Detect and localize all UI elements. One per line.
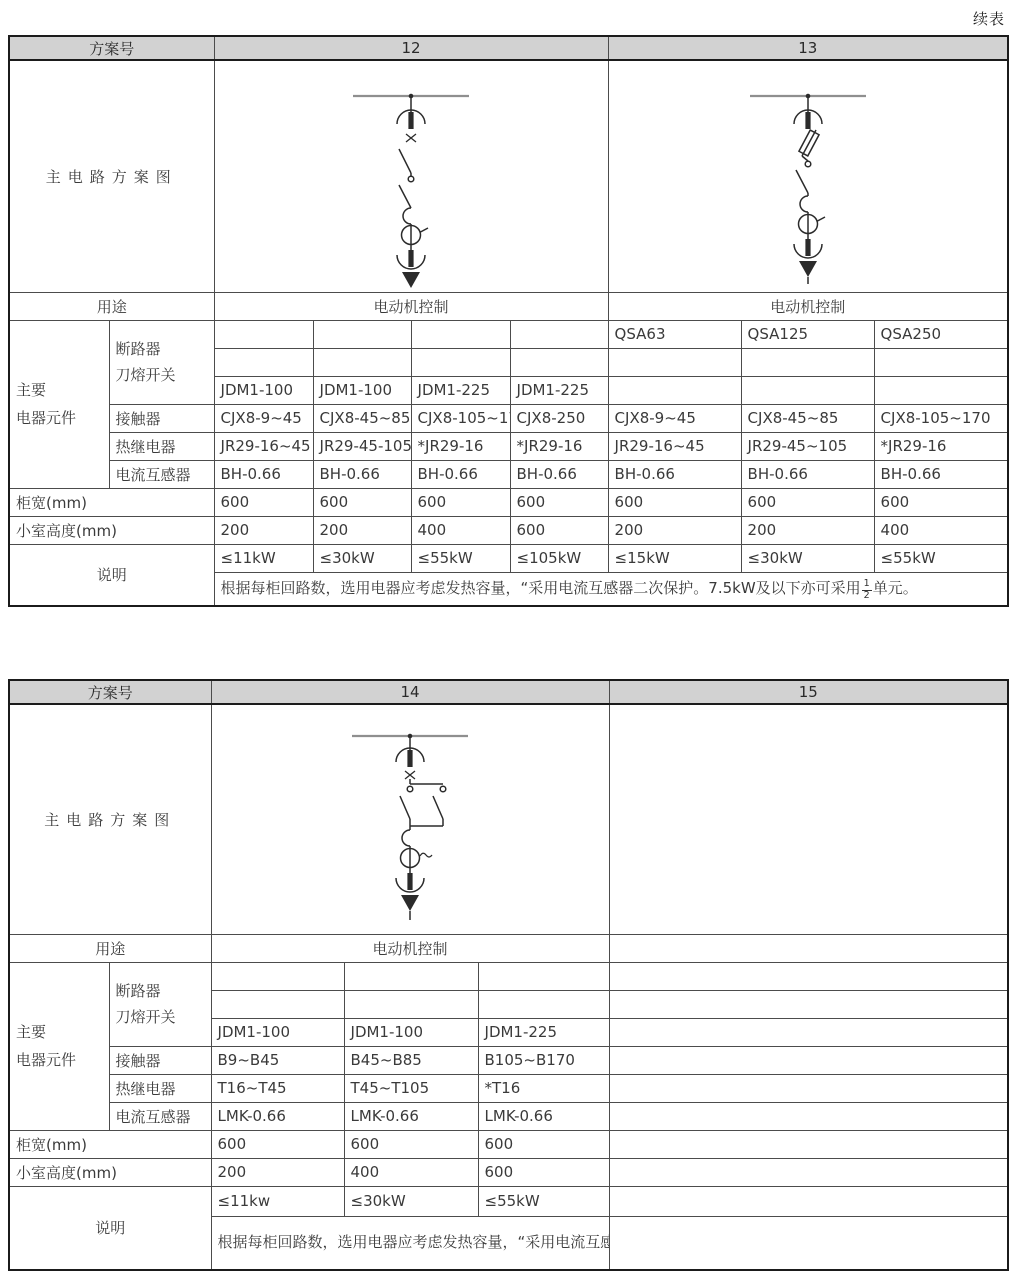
table-cell: LMK-0.66	[478, 1102, 609, 1130]
header-scheme-label: 方案号	[9, 36, 214, 60]
table-cell	[313, 320, 411, 348]
table-cell-empty	[609, 934, 1008, 962]
room-height-label: 小室高度(mm)	[9, 1158, 211, 1186]
power-rating-cell: ≤15kW	[608, 544, 741, 572]
table-cell: QSA125	[741, 320, 874, 348]
power-rating-cell: ≤11kW	[214, 544, 313, 572]
power-rating-cell: ≤55kW	[478, 1186, 609, 1216]
table-cell: 400	[411, 516, 510, 544]
circuit-diagram-scheme-13-icon	[728, 62, 888, 290]
scheme-table-12-13: 方案号 12 13 主电路方案图	[8, 35, 1009, 607]
table-cell: 600	[211, 1130, 344, 1158]
table-cell: JDM1-225	[411, 376, 510, 404]
header-scheme-label: 方案号	[9, 680, 211, 704]
table-cell: JDM1-100	[344, 1018, 478, 1046]
room-height-label: 小室高度(mm)	[9, 516, 214, 544]
table-cell: JR29-16~45	[214, 432, 313, 460]
table-cell: QSA63	[608, 320, 741, 348]
table-cell: JDM1-225	[510, 376, 608, 404]
table-cell: 400	[874, 516, 1008, 544]
table-cell-empty	[609, 1158, 1008, 1186]
thermal-relay-label: 热继电器	[109, 1074, 211, 1102]
usage-label: 用途	[9, 934, 211, 962]
table-cell: BH-0.66	[741, 460, 874, 488]
table-cell: 600	[478, 1158, 609, 1186]
table-cell-empty	[478, 990, 609, 1018]
table-cell: *JR29-16	[411, 432, 510, 460]
table-cell-empty	[609, 1216, 1008, 1270]
table-cell: JR29-45-105	[313, 432, 411, 460]
usage-label: 用途	[9, 292, 214, 320]
table-cell	[411, 320, 510, 348]
table-cell: JDM1-100	[313, 376, 411, 404]
table-cell	[214, 320, 313, 348]
table-cell: CJX8-45~85	[313, 404, 411, 432]
table-cell-empty	[214, 348, 313, 376]
table-cell-empty	[211, 962, 344, 990]
table-cell-empty	[609, 962, 1008, 990]
table-cell: 600	[741, 488, 874, 516]
table-cell: 600	[608, 488, 741, 516]
table-cell: 400	[344, 1158, 478, 1186]
circuit-diagram-cell	[211, 704, 609, 934]
table-cell-empty	[609, 704, 1008, 934]
table-cell-empty	[609, 1186, 1008, 1216]
table-cell: B105~B170	[478, 1046, 609, 1074]
table-cell: CJX8-45~85	[741, 404, 874, 432]
power-rating-cell: ≤55kW	[874, 544, 1008, 572]
table-cell: CJX8-9~45	[608, 404, 741, 432]
table-cell-empty	[344, 962, 478, 990]
table-cell: 200	[608, 516, 741, 544]
main-circuit-diagram-label: 主电路方案图	[9, 704, 211, 934]
table-cell: T16~T45	[211, 1074, 344, 1102]
circuit-diagram-scheme-12-icon	[331, 62, 491, 290]
header-scheme-14: 14	[211, 680, 609, 704]
table-cell: QSA250	[874, 320, 1008, 348]
notes-text-before: 根据每柜回路数，选用电器应考虑发热容量，“采用电流互感器二次保护。7.5kW及以…	[221, 579, 861, 597]
table-cell: BH-0.66	[874, 460, 1008, 488]
contactor-label: 接触器	[109, 1046, 211, 1074]
power-rating-cell: ≤55kW	[411, 544, 510, 572]
table-cell-empty	[211, 990, 344, 1018]
table-cell: BH-0.66	[608, 460, 741, 488]
table-cell: *T16	[478, 1074, 609, 1102]
table-cell-empty	[478, 962, 609, 990]
table-gap	[8, 607, 1007, 679]
notes-label: 说明	[9, 1186, 211, 1270]
table-cell: 600	[313, 488, 411, 516]
main-components-group-label: 主要 电器元件	[9, 962, 109, 1130]
table-cell: 600	[874, 488, 1008, 516]
cabinet-width-label: 柜宽(mm)	[9, 488, 214, 516]
table-cell-empty	[609, 990, 1008, 1018]
usage-value: 电动机控制	[214, 292, 608, 320]
table-cell: 200	[211, 1158, 344, 1186]
table-cell: JDM1-100	[214, 376, 313, 404]
power-rating-cell: ≤30kW	[344, 1186, 478, 1216]
table-cell-empty	[313, 348, 411, 376]
table-cell: 200	[313, 516, 411, 544]
table-cell: CJX8-105~170	[411, 404, 510, 432]
circuit-diagram-scheme-14-icon	[330, 706, 490, 932]
document-page: 续表 方案号 12 13 主电路方案图	[0, 0, 1015, 1271]
table-cell	[874, 376, 1008, 404]
table-cell: 200	[214, 516, 313, 544]
current-transformer-label: 电流互感器	[109, 1102, 211, 1130]
power-rating-cell: ≤30kW	[313, 544, 411, 572]
main-circuit-diagram-label: 主电路方案图	[9, 60, 214, 292]
table-cell	[741, 376, 874, 404]
table-cell-empty	[609, 1046, 1008, 1074]
table-cell: B45~B85	[344, 1046, 478, 1074]
table-cell: BH-0.66	[313, 460, 411, 488]
table-cell: 600	[214, 488, 313, 516]
usage-value: 电动机控制	[608, 292, 1008, 320]
table-cell: *JR29-16	[874, 432, 1008, 460]
table-cell-empty	[609, 1130, 1008, 1158]
table-cell	[510, 320, 608, 348]
table-cell-empty	[608, 348, 741, 376]
header-scheme-13: 13	[608, 36, 1008, 60]
header-scheme-15: 15	[609, 680, 1008, 704]
table-cell: *JR29-16	[510, 432, 608, 460]
table-cell: B9~B45	[211, 1046, 344, 1074]
table-cell: T45~T105	[344, 1074, 478, 1102]
table-cell: JR29-45~105	[741, 432, 874, 460]
notes-text-after: 单元。	[873, 579, 918, 597]
table-cell: 600	[510, 488, 608, 516]
breaker-switch-label: 断路器 刀熔开关	[109, 320, 214, 404]
table-cell: BH-0.66	[411, 460, 510, 488]
notes-text-before: 根据每柜回路数，选用电器应考虑发热容量，“采用电流互感器二次保护。7.5kW及以…	[218, 1233, 610, 1251]
table-cell-empty	[344, 990, 478, 1018]
power-rating-cell: ≤11kw	[211, 1186, 344, 1216]
current-transformer-label: 电流互感器	[109, 460, 214, 488]
notes-text: 根据每柜回路数，选用电器应考虑发热容量，“采用电流互感器二次保护。7.5kW及以…	[214, 572, 1008, 606]
table-cell: 600	[478, 1130, 609, 1158]
table-cell-empty	[510, 348, 608, 376]
table-cell: JDM1-100	[211, 1018, 344, 1046]
table-cell: BH-0.66	[510, 460, 608, 488]
breaker-switch-label: 断路器 刀熔开关	[109, 962, 211, 1046]
table-cell-empty	[609, 1074, 1008, 1102]
table-cell-empty	[741, 348, 874, 376]
table-cell: LMK-0.66	[211, 1102, 344, 1130]
table-cell: 200	[741, 516, 874, 544]
table-cell: 600	[510, 516, 608, 544]
table-cell: BH-0.66	[214, 460, 313, 488]
power-rating-cell: ≤30kW	[741, 544, 874, 572]
table-cell-empty	[609, 1018, 1008, 1046]
table-cell: 600	[411, 488, 510, 516]
table-cell: JR29-16~45	[608, 432, 741, 460]
table-cell: CJX8-105~170	[874, 404, 1008, 432]
table-cell-empty	[411, 348, 510, 376]
fraction-one-half: 12	[862, 579, 872, 601]
table-cell-empty	[874, 348, 1008, 376]
power-rating-cell: ≤105kW	[510, 544, 608, 572]
circuit-diagram-cell	[214, 60, 608, 292]
contactor-label: 接触器	[109, 404, 214, 432]
usage-value: 电动机控制	[211, 934, 609, 962]
table-cell: CJX8-9~45	[214, 404, 313, 432]
continued-table-label: 续表	[8, 6, 1007, 35]
table-cell	[608, 376, 741, 404]
scheme-table-14-15: 方案号 14 15 主电路方案图	[8, 679, 1009, 1271]
table-cell: CJX8-250	[510, 404, 608, 432]
table-cell-empty	[609, 1102, 1008, 1130]
thermal-relay-label: 热继电器	[109, 432, 214, 460]
cabinet-width-label: 柜宽(mm)	[9, 1130, 211, 1158]
notes-label: 说明	[9, 544, 214, 606]
table-cell: JDM1-225	[478, 1018, 609, 1046]
table-cell: LMK-0.66	[344, 1102, 478, 1130]
table-cell: 600	[344, 1130, 478, 1158]
header-scheme-12: 12	[214, 36, 608, 60]
circuit-diagram-cell	[608, 60, 1008, 292]
main-components-group-label: 主要 电器元件	[9, 320, 109, 488]
notes-text: 根据每柜回路数，选用电器应考虑发热容量，“采用电流互感器二次保护。7.5kW及以…	[211, 1216, 609, 1270]
